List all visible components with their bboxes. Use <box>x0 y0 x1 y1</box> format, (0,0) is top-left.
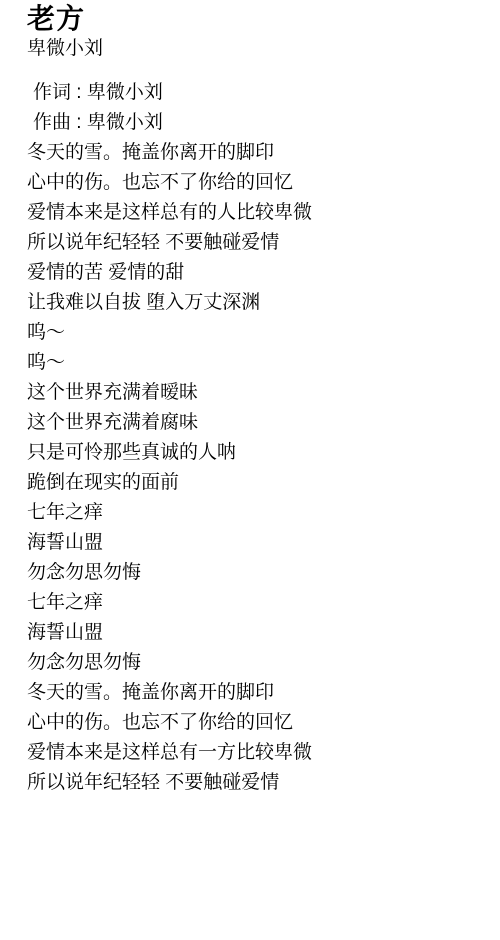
lyric-line: 所以说年纪轻轻 不要触碰爱情 <box>27 228 490 258</box>
lyric-line: 爱情本来是这样总有一方比较卑微 <box>27 738 490 768</box>
lyrics-body: 冬天的雪。掩盖你离开的脚印 心中的伤。也忘不了你给的回忆 爱情本来是这样总有的人… <box>27 138 490 798</box>
lyric-line: 爱情的苦 爱情的甜 <box>27 258 490 288</box>
lyric-line: 爱情本来是这样总有的人比较卑微 <box>27 198 490 228</box>
lyric-line: 跪倒在现实的面前 <box>27 468 490 498</box>
lyric-line: 冬天的雪。掩盖你离开的脚印 <box>27 138 490 168</box>
lyric-line: 让我难以自拔 堕入万丈深渊 <box>27 288 490 318</box>
lyric-line: 海誓山盟 <box>27 618 490 648</box>
lyric-line: 只是可怜那些真诚的人呐 <box>27 438 490 468</box>
credit-lyricist: 作词 : 卑微小刘 <box>27 78 490 108</box>
lyric-line: 冬天的雪。掩盖你离开的脚印 <box>27 678 490 708</box>
lyric-line: 心中的伤。也忘不了你给的回忆 <box>27 708 490 738</box>
lyric-line: 勿念勿思勿悔 <box>27 648 490 678</box>
lyric-line: 这个世界充满着腐味 <box>27 408 490 438</box>
lyric-line: 七年之痒 <box>27 498 490 528</box>
lyric-line: 呜～ <box>27 348 490 378</box>
credits-block: 作词 : 卑微小刘 作曲 : 卑微小刘 <box>27 78 490 138</box>
song-title: 老方 <box>27 2 490 36</box>
lyric-line: 这个世界充满着暧昧 <box>27 378 490 408</box>
lyric-line: 所以说年纪轻轻 不要触碰爱情 <box>27 768 490 798</box>
lyrics-page: 老方 卑微小刘 作词 : 卑微小刘 作曲 : 卑微小刘 冬天的雪。掩盖你离开的脚… <box>0 0 500 798</box>
lyric-line: 心中的伤。也忘不了你给的回忆 <box>27 168 490 198</box>
credit-composer: 作曲 : 卑微小刘 <box>27 108 490 138</box>
artist-name: 卑微小刘 <box>27 36 490 62</box>
lyric-line: 呜～ <box>27 318 490 348</box>
lyric-line: 七年之痒 <box>27 588 490 618</box>
lyric-line: 勿念勿思勿悔 <box>27 558 490 588</box>
lyric-line: 海誓山盟 <box>27 528 490 558</box>
